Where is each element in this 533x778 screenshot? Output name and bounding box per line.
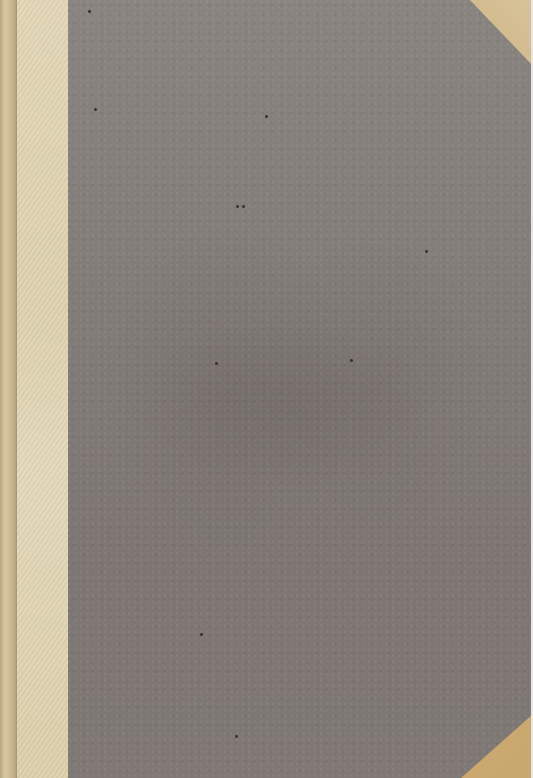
speck [265, 115, 268, 118]
speck [235, 735, 238, 738]
spine-panel [17, 0, 68, 778]
speck [94, 108, 97, 111]
speck [242, 205, 245, 208]
speck [350, 359, 353, 362]
speck [88, 10, 91, 13]
speck [200, 633, 203, 636]
book-cover [0, 0, 533, 778]
faded-watermark [130, 320, 440, 490]
speck [425, 250, 428, 253]
spine-edge [0, 0, 17, 778]
speck [236, 205, 239, 208]
speck [215, 362, 218, 365]
